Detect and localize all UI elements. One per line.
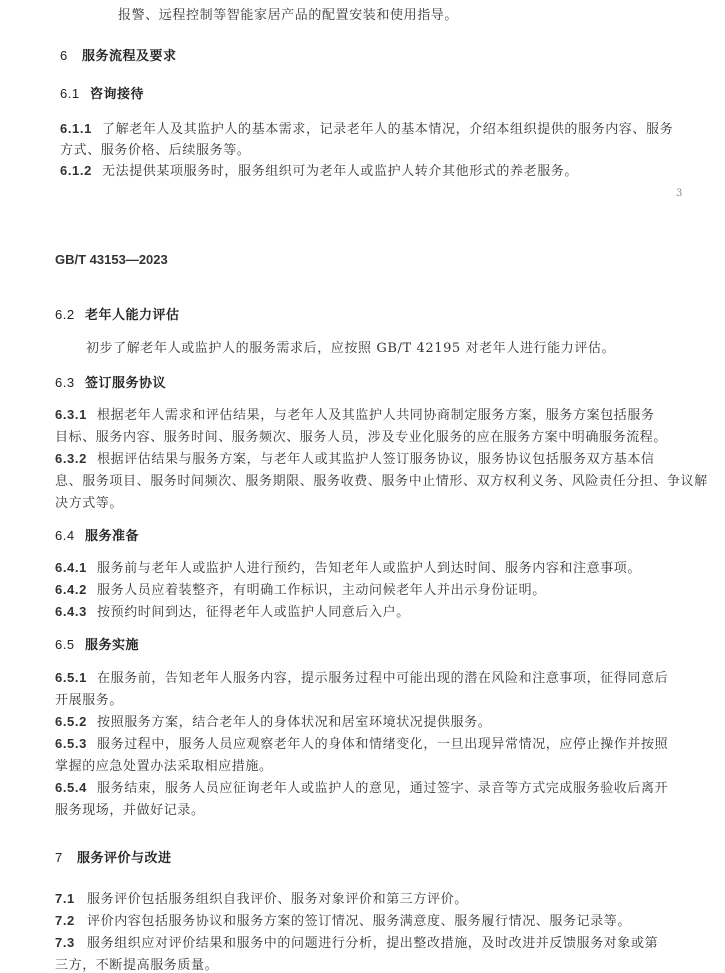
clause-6-3-1-cont: 目标、服务内容、服务时间、服务频次、服务人员，涉及专业化服务的应在服务方案中明确… [55, 426, 667, 445]
clause-6-5-2: 6.5.2按照服务方案，结合老年人的身体状况和居室环境状况提供服务。 [55, 711, 491, 730]
clause-number: 6.4.2 [55, 582, 97, 597]
clause-6-3-2: 6.3.2根据评估结果与服务方案，与老年人或其监护人签订服务协议，服务协议包括服… [55, 448, 655, 467]
clause-6-1-2: 6.1.2无法提供某项服务时，服务组织可为老年人或监护人转介其他形式的养老服务。 [60, 160, 578, 179]
section-number: 6.4 [55, 528, 85, 543]
clause-text: 根据评估结果与服务方案，与老年人或其监护人签订服务协议，服务协议包括服务双方基本… [97, 452, 655, 467]
clause-6-1-1-cont: 方式、服务价格、后续服务等。 [60, 139, 250, 158]
clause-6-4-1: 6.4.1服务前与老年人或监护人进行预约，告知老年人或监护人到达时间、服务内容和… [55, 557, 641, 576]
section-heading-6-4: 6.4服务准备 [55, 525, 139, 544]
clause-number: 7.2 [55, 913, 87, 928]
clause-6-5-1-cont: 开展服务。 [55, 689, 123, 708]
clause-text: 根据老年人需求和评估结果，与老年人及其监护人共同协商制定服务方案，服务方案包括服… [97, 408, 655, 423]
clause-7-3-cont: 三方，不断提高服务质量。 [55, 954, 218, 973]
section-title: 咨询接待 [90, 87, 144, 102]
clause-6-5-3-cont: 掌握的应急处置办法采取相应措施。 [55, 755, 273, 774]
clause-text: 服务人员应着装整齐，有明确工作标识，主动问候老年人并出示身份证明。 [97, 583, 546, 598]
clause-number: 6.4.1 [55, 560, 97, 575]
clause-text: 按预约时间到达，征得老年人或监护人同意后入户。 [97, 605, 410, 620]
clause-text: 无法提供某项服务时，服务组织可为老年人或监护人转介其他形式的养老服务。 [102, 164, 578, 179]
section-heading-7: 7服务评价与改进 [55, 847, 172, 866]
clause-6-1-1: 6.1.1了解老年人及其监护人的基本需求，记录老年人的基本情况，介绍本组织提供的… [60, 118, 673, 137]
section-heading-6: 6服务流程及要求 [60, 45, 177, 64]
clause-6-4-3: 6.4.3按预约时间到达，征得老年人或监护人同意后入户。 [55, 601, 410, 620]
page-number: 3 [676, 188, 682, 199]
standard-code-header: GB/T 43153—2023 [55, 252, 168, 267]
continuation-line: 报警、远程控制等智能家居产品的配置安装和使用指导。 [118, 4, 458, 23]
section-title: 服务流程及要求 [82, 49, 177, 64]
clause-text: 评价内容包括服务协议和服务方案的签订情况、服务满意度、服务履行情况、服务记录等。 [87, 914, 631, 929]
clause-text: 服务评价包括服务组织自我评价、服务对象评价和第三方评价。 [87, 892, 468, 907]
clause-number: 6.1.1 [60, 121, 102, 136]
clause-text: 按照服务方案，结合老年人的身体状况和居室环境状况提供服务。 [97, 715, 491, 730]
section-title: 服务准备 [85, 529, 139, 544]
section-title: 服务实施 [85, 638, 139, 653]
clause-number: 6.3.2 [55, 451, 97, 466]
clause-number: 6.5.4 [55, 780, 97, 795]
clause-6-5-3: 6.5.3服务过程中，服务人员应观察老年人的身体和情绪变化，一旦出现异常情况，应… [55, 733, 668, 752]
clause-number: 6.3.1 [55, 407, 97, 422]
section-title: 签订服务协议 [85, 376, 166, 391]
clause-number: 6.4.3 [55, 604, 97, 619]
clause-6-3-2-cont: 息、服务项目、服务时间频次、服务期限、服务收费、服务中止情形、双方权利义务、风险… [55, 470, 708, 489]
paragraph-6-2: 初步了解老年人或监护人的服务需求后，应按照 GB/T 42195 对老年人进行能… [86, 337, 615, 356]
section-number: 6 [60, 48, 82, 63]
section-heading-6-2: 6.2老年人能力评估 [55, 304, 180, 323]
clause-6-5-1: 6.5.1在服务前，告知老年人服务内容，提示服务过程中可能出现的潜在风险和注意事… [55, 667, 668, 686]
clause-number: 7.3 [55, 935, 87, 950]
clause-number: 6.5.3 [55, 736, 97, 751]
section-heading-6-5: 6.5服务实施 [55, 634, 139, 653]
section-number: 6.2 [55, 307, 85, 322]
clause-text: 服务过程中，服务人员应观察老年人的身体和情绪变化，一旦出现异常情况，应停止操作并… [97, 737, 668, 752]
clause-number: 7.1 [55, 891, 87, 906]
section-number: 7 [55, 850, 77, 865]
clause-number: 6.5.2 [55, 714, 97, 729]
clause-text: 服务结束，服务人员应征询老年人或监护人的意见，通过签字、录音等方式完成服务验收后… [97, 781, 668, 796]
clause-6-3-1: 6.3.1根据老年人需求和评估结果，与老年人及其监护人共同协商制定服务方案，服务… [55, 404, 655, 423]
section-number: 6.1 [60, 86, 90, 101]
section-title: 老年人能力评估 [85, 308, 180, 323]
section-number: 6.5 [55, 637, 85, 652]
section-title: 服务评价与改进 [77, 851, 172, 866]
section-number: 6.3 [55, 375, 85, 390]
clause-number: 6.5.1 [55, 670, 97, 685]
clause-7-1: 7.1服务评价包括服务组织自我评价、服务对象评价和第三方评价。 [55, 888, 468, 907]
clause-text: 了解老年人及其监护人的基本需求，记录老年人的基本情况，介绍本组织提供的服务内容、… [102, 122, 673, 137]
section-heading-6-1: 6.1咨询接待 [60, 83, 144, 102]
section-heading-6-3: 6.3签订服务协议 [55, 372, 166, 391]
clause-6-5-4: 6.5.4服务结束，服务人员应征询老年人或监护人的意见，通过签字、录音等方式完成… [55, 777, 668, 796]
clause-6-3-2-cont2: 决方式等。 [55, 492, 123, 511]
clause-6-5-4-cont: 服务现场，并做好记录。 [55, 799, 205, 818]
clause-7-2: 7.2评价内容包括服务协议和服务方案的签订情况、服务满意度、服务履行情况、服务记… [55, 910, 631, 929]
clause-6-4-2: 6.4.2服务人员应着装整齐，有明确工作标识，主动问候老年人并出示身份证明。 [55, 579, 546, 598]
clause-number: 6.1.2 [60, 163, 102, 178]
clause-text: 服务组织应对评价结果和服务中的问题进行分析，提出整改措施，及时改进并反馈服务对象… [87, 936, 658, 951]
clause-text: 在服务前，告知老年人服务内容，提示服务过程中可能出现的潜在风险和注意事项，征得同… [97, 671, 668, 686]
clause-7-3: 7.3服务组织应对评价结果和服务中的问题进行分析，提出整改措施，及时改进并反馈服… [55, 932, 658, 951]
clause-text: 服务前与老年人或监护人进行预约，告知老年人或监护人到达时间、服务内容和注意事项。 [97, 561, 641, 576]
